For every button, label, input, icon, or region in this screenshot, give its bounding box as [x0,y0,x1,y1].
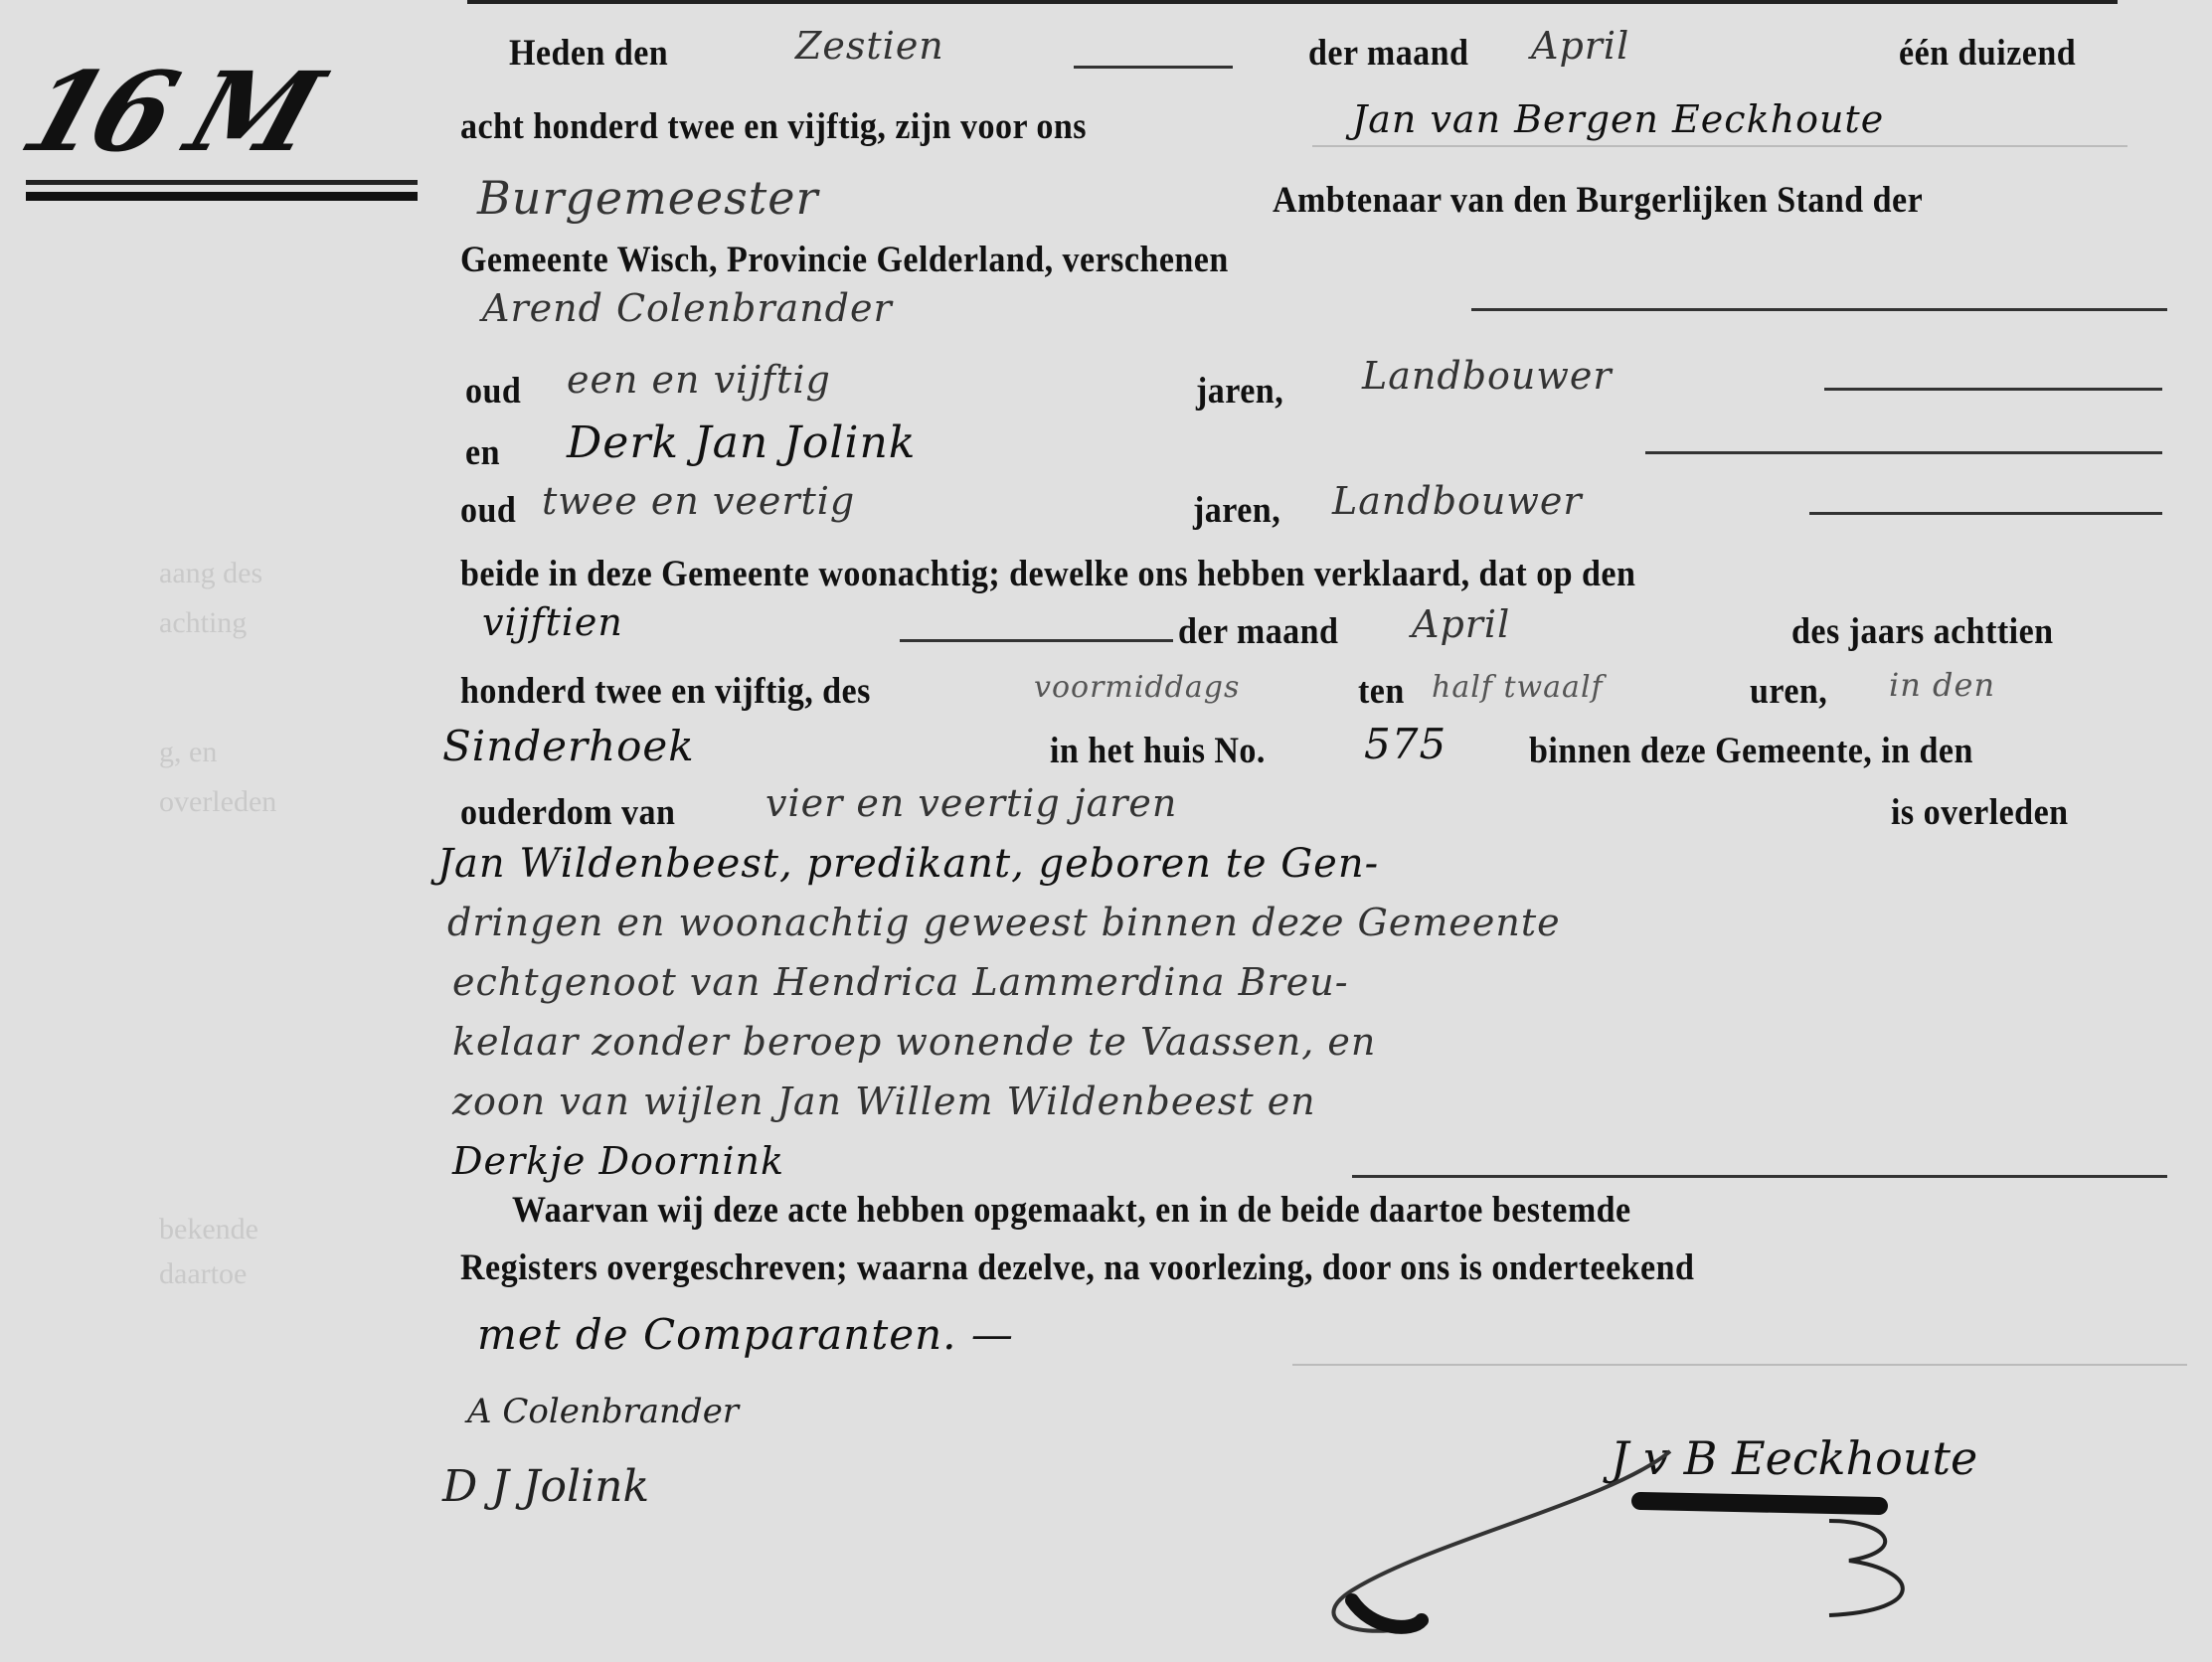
handwritten-house-number: 575 [1364,720,1446,768]
printed-text: jaren, [1196,370,1283,413]
handwritten-month: April [1531,24,1629,68]
handwritten-death-month: April [1412,602,1510,646]
printed-text: oud [465,370,521,413]
printed-text: Waarvan wij deze acte hebben opgemaakt, … [512,1189,1631,1232]
handwritten-official-title: Burgemeester [477,171,818,225]
handwritten-place: Sinderhoek [442,722,695,770]
printed-text: één duizend [1899,32,2076,75]
handwritten-death-day: vijftien [482,600,623,644]
handwritten-place-prefix: in den [1889,666,1995,704]
printed-text: acht honderd twee en vijftig, zijn voor … [460,105,1087,148]
handwritten-deceased-line: kelaar zonder beroep wonende te Vaassen,… [452,1020,1376,1064]
bleedthrough-text: achting [159,606,247,640]
printed-text: en [465,431,500,474]
printed-text: Ambtenaar van den Burgerlijken Stand der [1273,179,1923,222]
handwritten-declarant2-occupation: Landbouwer [1332,479,1583,523]
handwritten-deceased-line: dringen en woonachtig geweest binnen dez… [447,901,1561,944]
printed-text: Registers overgeschreven; waarna dezelve… [460,1246,1694,1289]
bleedthrough-text: bekende [159,1213,258,1246]
handwritten-time: half twaalf [1432,670,1604,705]
handwritten-day: Zestien [795,24,944,68]
printed-text: des jaars achttien [1791,610,2054,653]
fill-line [1809,512,2162,515]
handwritten-closing: met de Comparanten. — [477,1310,1014,1359]
bleedthrough-text: g, en [159,736,217,769]
handwritten-deceased-line: Derkje Doornink [452,1139,784,1183]
printed-text: binnen deze Gemeente, in den [1529,730,1973,772]
printed-text: is overleden [1891,791,2069,834]
printed-text: honderd twee en vijftig, des [460,670,871,713]
bleedthrough-text: aang des [159,557,262,590]
register-page: 16 M aang des achting g, en overleden be… [0,0,2212,1662]
printed-text: oud [460,489,516,532]
printed-text: Heden den [509,32,668,75]
fill-line [900,639,1173,642]
fill-line [1471,308,2167,311]
printed-text: ten [1358,670,1405,713]
fill-line [1645,451,2162,454]
bleedthrough-text: daartoe [159,1257,247,1291]
handwritten-deceased-line: Jan Wildenbeest, predikant, geboren te G… [437,841,1379,887]
fill-line [1352,1175,2167,1178]
handwritten-deceased-age: vier en veertig jaren [766,781,1177,825]
printed-text: jaren, [1193,489,1280,532]
top-rule [467,0,2118,4]
handwritten-official-name: Jan van Bergen Eeckhoute [1352,97,1884,141]
handwritten-declarant2-name: Derk Jan Jolink [567,417,916,468]
bleedthrough-text: overleden [159,785,276,819]
margin-entry-number: 16 M [7,48,328,176]
handwritten-declarant1-age: een en vijftig [567,358,831,402]
printed-text: Gemeente Wisch, Provincie Gelderland, ve… [460,239,1229,281]
printed-text: in het huis No. [1050,730,1266,772]
handwritten-declarant2-age: twee en veertig [542,479,855,523]
handwritten-deceased-line: echtgenoot van Hendrica Lammerdina Breu- [452,960,1349,1004]
fill-line [1824,388,2162,391]
handwritten-declarant1-occupation: Landbouwer [1362,354,1613,398]
signature-declarant1: A Colenbrander [467,1392,739,1431]
signature-declarant2: D J Jolink [442,1461,649,1512]
handwritten-declarant1-name: Arend Colenbrander [482,286,893,330]
margin-underline [26,180,418,185]
printed-text: der maand [1308,32,1468,75]
handwritten-daypart: voormiddags [1034,670,1240,705]
printed-text: ouderdom van [460,791,675,834]
printed-text: uren, [1750,670,1827,713]
signature-flourish [1312,1441,2108,1660]
ruled-line [1312,145,2127,147]
ruled-line [1292,1364,2187,1366]
printed-text: der maand [1178,610,1338,653]
printed-text: beide in deze Gemeente woonachtig; dewel… [460,553,1635,595]
margin-underline-thick [26,192,418,201]
fill-line [1074,66,1233,69]
handwritten-deceased-line: zoon van wijlen Jan Willem Wildenbeest e… [452,1080,1316,1123]
